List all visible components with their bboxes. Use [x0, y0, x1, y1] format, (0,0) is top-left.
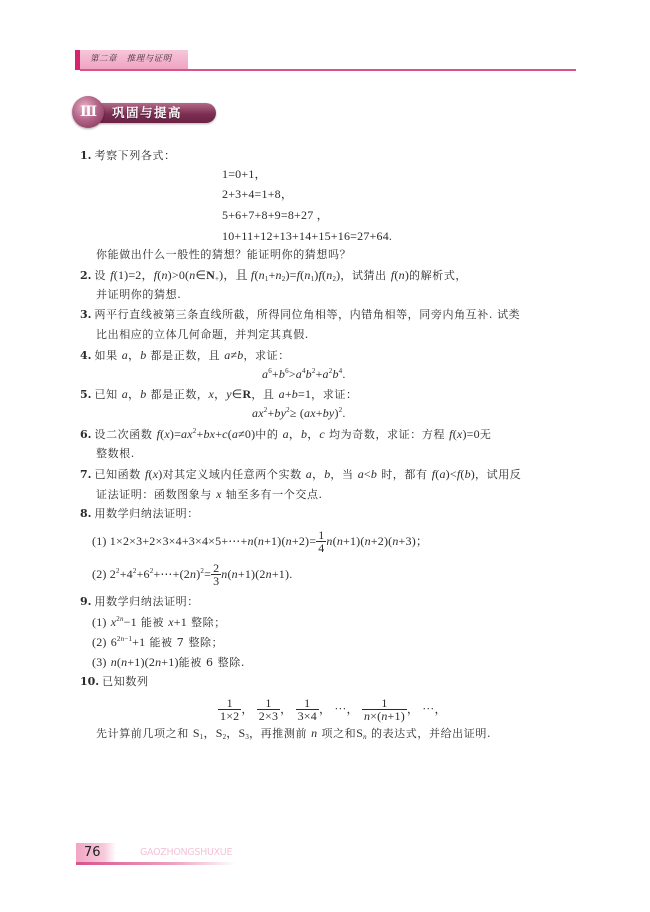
problem-number: 9. — [80, 595, 91, 608]
problem-text: 已知 — [94, 388, 117, 401]
fraction: 14 — [316, 529, 326, 555]
problem-text: 整数根. — [96, 447, 135, 461]
subproblem-9-1: (1) x2n−1 能被 x+1 整除； — [92, 615, 226, 630]
problem-6: 6.设二次函数 f(x)=ax2+bx+c(a≠0)中的 a，b，c 均为奇数，… — [80, 427, 491, 442]
problem-text: 已知函数 — [94, 468, 140, 481]
chapter-title: 推理与证明 — [127, 54, 172, 64]
problem-text: 先计算前几项之和 S1，S2，S3，再推测前 n 项之和Sn 的表达式，并给出证… — [96, 726, 491, 741]
problem-number: 5. — [80, 388, 91, 401]
problem-9: 9.用数学归纳法证明： — [80, 595, 199, 609]
problem-text: 如果 — [94, 349, 117, 362]
equation: 2+3+4=1+8， — [222, 187, 293, 201]
problem-text: 已知数列 — [102, 675, 148, 688]
subproblem-8-2: (2) 22+42+62+⋯+(2n)2=23n(n+1)(2n+1). — [92, 560, 292, 588]
problem-text: 比出相应的立体几何命题，并判定其真假. — [96, 328, 309, 342]
problem-2: 2.设 f(1)=2，f(n)>0(n∈N+)，且 f(n1+n2)=f(n1)… — [80, 268, 467, 283]
problem-text: 先计算前几项之和 — [96, 727, 189, 740]
problem-text: 轴至多有一个交点. — [226, 488, 323, 501]
problem-text: 无 — [480, 428, 492, 441]
problem-number: 6. — [80, 428, 91, 441]
fraction: 12×3 — [257, 697, 280, 723]
problem-text: 设二次函数 — [94, 428, 152, 441]
inequality: a6+b6>a4b2+a2b4. — [262, 367, 346, 381]
section-title: 巩固与提高 — [112, 103, 182, 123]
problem-text: 的表达式，并给出证明. — [371, 727, 491, 740]
fraction: 1n×(n+1) — [362, 697, 407, 723]
problem-text: 都是正数，且 — [151, 349, 221, 362]
subproblem-8-1: (1) 1×2×3+2×3×4+3×4×5+⋯+n(n+1)(n+2)=14n(… — [92, 527, 428, 555]
problem-text: 对其定义域内任意两个实数 — [162, 468, 301, 481]
sequence: 11×2， 12×3， 13×4， ⋯， 1n×(n+1)， ⋯， — [218, 694, 447, 724]
problem-text: 证法证明：函数图象与 x 轴至多有一个交点. — [96, 487, 323, 502]
problem-text: 均为奇数，求证：方程 — [329, 428, 445, 441]
problem-text: 用数学归纳法证明： — [94, 595, 198, 608]
problem-number: 1. — [80, 149, 91, 162]
subproblem-9-3: (3) n(n+1)(2n+1)能被 6 整除. — [92, 655, 245, 670]
problem-number: 3. — [80, 308, 91, 321]
problem-text: 考察下列各式： — [94, 149, 175, 162]
problem-text: 你能做出什么一般性的猜想？能证明你的猜想吗？ — [96, 248, 351, 262]
fraction: 11×2 — [218, 697, 241, 723]
problem-text: ，试用反 — [475, 468, 521, 481]
problem-text: 能被 — [141, 616, 164, 629]
page-number: 76 — [84, 844, 101, 862]
problem-text: 证法证明：函数图象与 — [96, 488, 212, 501]
footer-divider — [76, 862, 236, 865]
problem-10: 10.已知数列 — [80, 675, 149, 689]
subproblem-9-2: (2) 62n−1+1 能被 7 整除； — [92, 635, 223, 650]
problem-text: 都是正数， — [151, 388, 209, 401]
problem-text: ，且 — [251, 388, 274, 401]
problem-text: 时，都有 — [381, 468, 427, 481]
equation: 1=0+1， — [222, 167, 267, 181]
problem-4: 4.如果 a，b 都是正数，且 a≠b，求证： — [80, 348, 290, 363]
problem-text: ，求证： — [243, 349, 289, 362]
problem-text: ，再推测前 — [249, 727, 307, 740]
roman-numeral-icon: Ⅲ — [72, 96, 104, 128]
fraction: 13×4 — [296, 697, 319, 723]
inequality: ax2+by2≥ (ax+by)2. — [252, 406, 346, 420]
problem-8: 8.用数学归纳法证明： — [80, 507, 199, 521]
subproblem-label: (3) — [92, 655, 107, 669]
fraction: 23 — [211, 562, 221, 588]
footer-brand: GAOZHONGSHUXUE — [140, 846, 232, 860]
chapter-number: 第二章 — [90, 54, 117, 64]
problem-number: 2. — [80, 269, 91, 282]
problem-7: 7.已知函数 f(x)对其定义域内任意两个实数 a，b，当 a<b 时，都有 f… — [80, 467, 521, 482]
problem-number: 4. — [80, 349, 91, 362]
problem-text: 并证明你的猜想. — [96, 288, 181, 302]
section-badge: Ⅲ 巩固与提高 — [72, 96, 218, 128]
problem-text: 能被 6 整除. — [179, 656, 245, 669]
problem-text: ，试猜出 — [340, 269, 386, 282]
problem-text: 的解析式， — [409, 269, 467, 282]
problem-text: 两平行直线被第三条直线所截，所得同位角相等，内错角相等，同旁内角互补. 试类 — [94, 308, 520, 321]
problem-text: 用数学归纳法证明： — [94, 507, 198, 520]
problem-number: 7. — [80, 468, 91, 481]
subproblem-label: (1) — [92, 615, 107, 629]
problem-text: 项之和 — [321, 727, 356, 740]
subproblem-label: (1) — [92, 534, 107, 548]
problem-text: 能被 7 整除； — [149, 636, 223, 649]
problem-1: 1.考察下列各式： — [80, 149, 176, 163]
problem-text: 中的 — [255, 428, 278, 441]
header-divider — [80, 69, 576, 71]
problem-text: 整除； — [191, 616, 226, 629]
problem-number: 10. — [80, 675, 99, 688]
problem-3: 3.两平行直线被第三条直线所截，所得同位角相等，内错角相等，同旁内角互补. 试类 — [80, 308, 520, 322]
subproblem-label: (2) — [92, 635, 107, 649]
equation: 10+11+12+13+14+15+16=27+64. — [222, 229, 392, 243]
problem-5: 5.已知 a，b 都是正数，x，y∈R，且 a+b=1，求证： — [80, 387, 358, 402]
problem-number: 8. — [80, 507, 91, 520]
chapter-header: 第二章 推理与证明 — [80, 50, 188, 69]
problem-text: 设 — [94, 269, 106, 282]
problem-text: ，当 — [330, 468, 353, 481]
problem-text: ，求证： — [311, 388, 357, 401]
equation: 5+6+7+8+9=8+27 ， — [222, 208, 329, 222]
subproblem-label: (2) — [92, 567, 107, 581]
